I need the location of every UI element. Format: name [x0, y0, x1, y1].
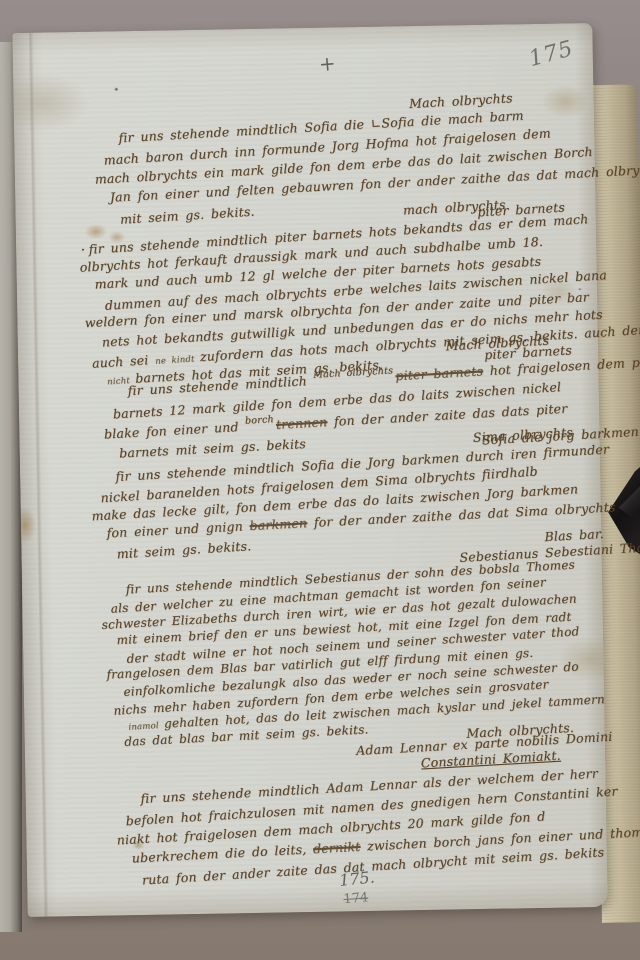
manuscript-entry: Adam Lennar ex parte nobilis DominiConst… — [130, 762, 640, 891]
manuscript-page: + 175 Mach olbrychtsfir uns stehende min… — [12, 23, 607, 917]
text-run: inamol — [128, 721, 164, 733]
manuscript-entry: Blas bar.Sebestianus Sebestiani Thomefir… — [115, 556, 606, 753]
open-book: + 175 Mach olbrychtsfir uns stehende min… — [12, 23, 603, 917]
struck-folio-number: 174 — [343, 890, 369, 907]
text-run: ne kindt — [155, 354, 200, 367]
struck-text-run: barkmen — [249, 515, 307, 533]
struck-text-run: trennen — [276, 414, 328, 432]
entry-bullet-mark: · — [80, 242, 86, 258]
photo-of-manuscript: { "photo": { "background_top": "#978d8c"… — [0, 0, 640, 960]
struck-text-run: dernikt — [313, 839, 361, 856]
manuscript-text-block: Mach olbrychtsfir uns stehende mindtlich… — [67, 49, 640, 907]
text-run: auch sei — [92, 352, 156, 371]
folio-number-bottom: 175. — [338, 867, 375, 890]
text-run: borch — [245, 414, 274, 427]
